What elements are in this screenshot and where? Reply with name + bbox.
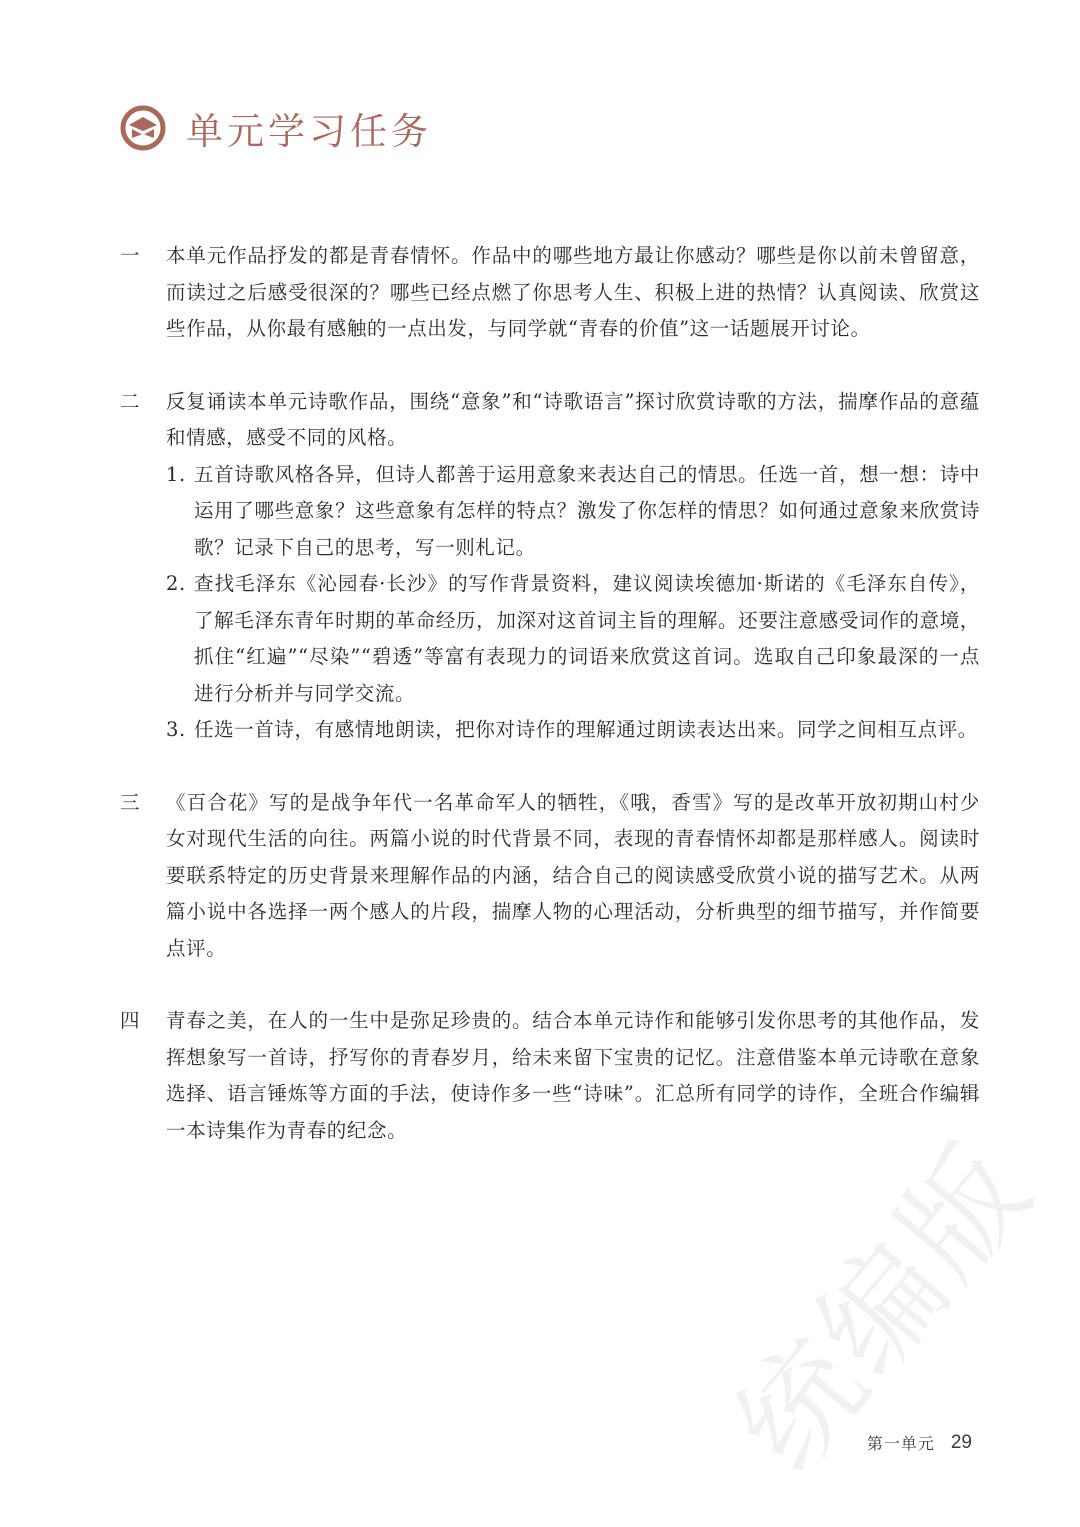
- task-text: 本单元作品抒发的都是青春情怀。作品中的哪些地方最让你感动？哪些是你以前未曾留意，…: [166, 244, 980, 340]
- task-number: 二: [120, 384, 160, 421]
- subtask-item: 2. 查找毛泽东《沁园春·长沙》的写作背景资料，建议阅读埃德加·斯诺的《毛泽东自…: [166, 566, 980, 712]
- subtask-item: 3. 任选一首诗，有感情地朗读，把你对诗作的理解通过朗读表达出来。同学之间相互点…: [166, 712, 980, 749]
- graduation-cap-book-icon: [120, 105, 166, 151]
- task-number: 一: [120, 238, 160, 275]
- subtask-list: 1. 五首诗歌风格各异，但诗人都善于运用意象来表达自己的情思。任选一首，想一想：…: [166, 457, 980, 749]
- task-item: 一 本单元作品抒发的都是青春情怀。作品中的哪些地方最让你感动？哪些是你以前未曾留…: [120, 238, 980, 348]
- subtask-number: 3.: [166, 712, 186, 749]
- page-footer: 第一单元 29: [867, 1431, 972, 1454]
- page-number: 29: [951, 1432, 972, 1454]
- task-text: 青春之美，在人的一生中是弥足珍贵的。结合本单元诗作和能够引发你思考的其他作品，发…: [166, 1009, 980, 1142]
- subtask-number: 2.: [166, 566, 186, 603]
- page-title: 单元学习任务: [186, 101, 432, 155]
- task-item: 三 《百合花》写的是战争年代一名革命军人的牺牲，《哦，香雪》写的是改革开放初期山…: [120, 785, 980, 968]
- footer-unit-label: 第一单元: [867, 1431, 935, 1454]
- task-list: 一 本单元作品抒发的都是青春情怀。作品中的哪些地方最让你感动？哪些是你以前未曾留…: [120, 238, 980, 1149]
- page-header: 单元学习任务: [120, 100, 432, 156]
- subtask-text: 任选一首诗，有感情地朗读，把你对诗作的理解通过朗读表达出来。同学之间相互点评。: [194, 718, 978, 741]
- task-item: 二 反复诵读本单元诗歌作品，围绕“意象”和“诗歌语言”探讨欣赏诗歌的方法，揣摩作…: [120, 384, 980, 749]
- task-text: 反复诵读本单元诗歌作品，围绕“意象”和“诗歌语言”探讨欣赏诗歌的方法，揣摩作品的…: [166, 384, 980, 457]
- task-item: 四 青春之美，在人的一生中是弥足珍贵的。结合本单元诗作和能够引发你思考的其他作品…: [120, 1003, 980, 1149]
- task-number: 四: [120, 1003, 160, 1040]
- subtask-item: 1. 五首诗歌风格各异，但诗人都善于运用意象来表达自己的情思。任选一首，想一想：…: [166, 457, 980, 567]
- subtask-text: 查找毛泽东《沁园春·长沙》的写作背景资料，建议阅读埃德加·斯诺的《毛泽东自传》，…: [194, 572, 980, 705]
- subtask-number: 1.: [166, 457, 186, 494]
- task-number: 三: [120, 785, 160, 822]
- subtask-text: 五首诗歌风格各异，但诗人都善于运用意象来表达自己的情思。任选一首，想一想：诗中运…: [194, 463, 980, 559]
- task-text: 《百合花》写的是战争年代一名革命军人的牺牲，《哦，香雪》写的是改革开放初期山村少…: [166, 791, 980, 960]
